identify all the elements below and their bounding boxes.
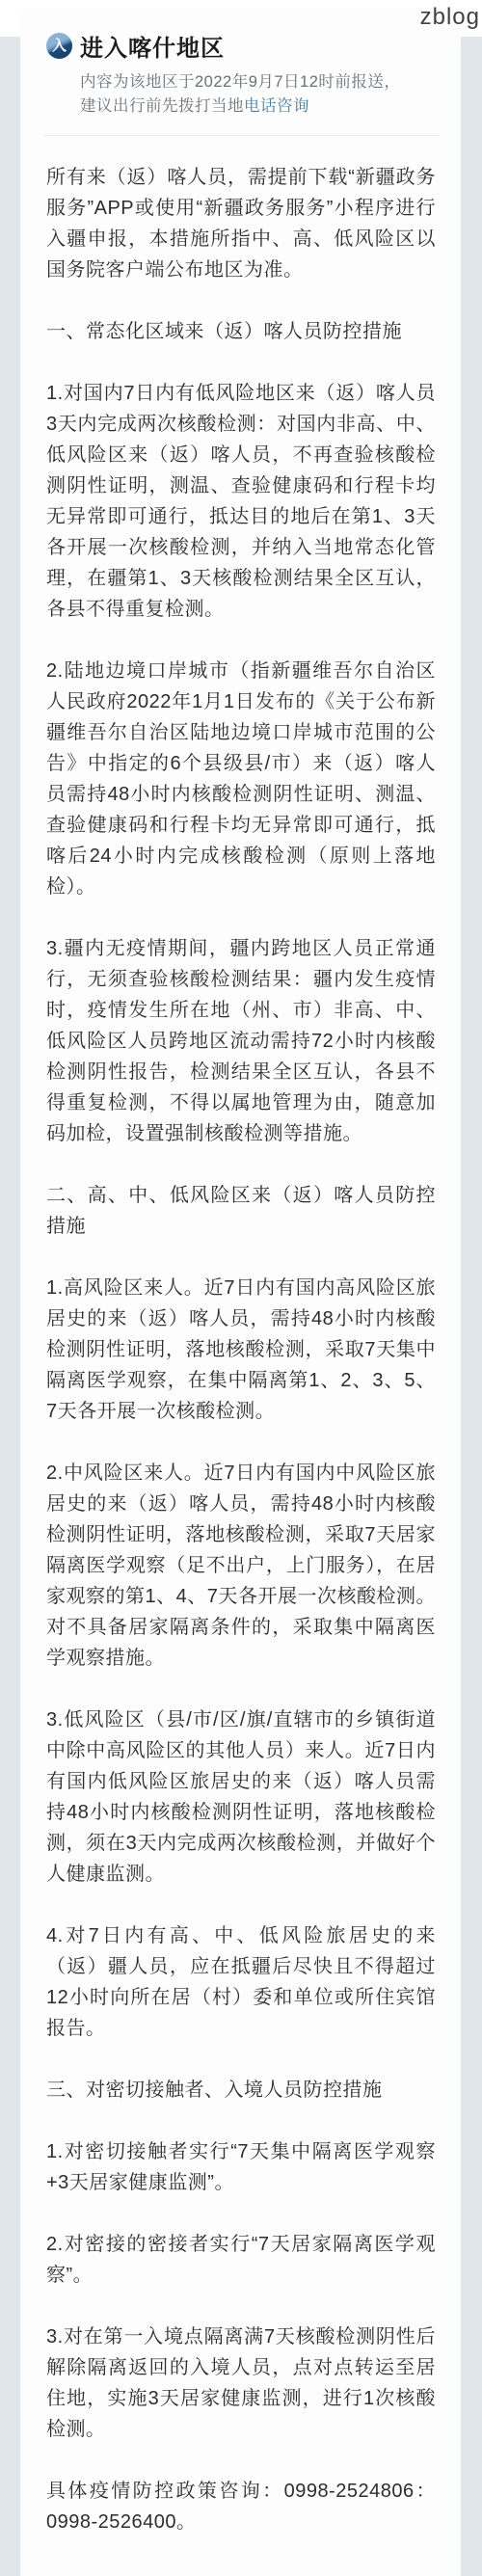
section-1-paragraph-3: 3.疆内无疫情期间，疆内跨地区人员正常通行，无须查验核酸检测结果：疆内发生疫情时… — [46, 933, 436, 1149]
title-row: 入 进入喀什地区 — [46, 29, 436, 63]
zblog-watermark: zblog — [420, 4, 480, 31]
section-2-paragraph-1: 1.高风险区来人。近7日内有国内高风险区旅居史的来（返）喀人员，需持48小时内核… — [46, 1273, 436, 1427]
content-card: 入 进入喀什地区 内容为该地区于2022年9月7日12时前报送，建议出行前先拨打… — [20, 8, 461, 2576]
report-time-subtitle: 内容为该地区于2022年9月7日12时前报送，建议出行前先拨打当地电话咨询 — [80, 70, 403, 119]
section-2-heading: 二、高、中、低风险区来（返）喀人员防控措施 — [46, 1180, 436, 1242]
section-2-paragraph-4: 4.对7日内有高、中、低风险旅居史的来（返）疆人员，应在抵疆后尽快且不得超过12… — [46, 1920, 436, 2044]
consult-phone-footer: 具体疫情防控政策咨询：0998-2524806：0998-2526400。 — [46, 2476, 436, 2537]
page-title: 进入喀什地区 — [80, 29, 225, 63]
phone-consult-link[interactable]: 电话咨询 — [244, 97, 309, 115]
intro-paragraph: 所有来（返）喀人员，需提前下载“新疆政务服务”APP或使用“新疆政务服务”小程序… — [46, 162, 436, 285]
policy-article: 所有来（返）喀人员，需提前下载“新疆政务服务”APP或使用“新疆政务服务”小程序… — [20, 136, 461, 2537]
section-3-paragraph-3: 3.对在第一入境点隔离满7天核酸检测阴性后解除隔离返回的入境人员，点对点转运至居… — [46, 2321, 436, 2445]
enter-region-icon: 入 — [46, 33, 72, 59]
section-1-paragraph-2: 2.陆地边境口岸城市（指新疆维吾尔自治区人民政府2022年1月1日发布的《关于公… — [46, 656, 436, 902]
section-3-paragraph-1: 1.对密切接触者实行“7天集中隔离医学观察+3天居家健康监测”。 — [46, 2136, 436, 2198]
section-1-heading: 一、常态化区域来（返）喀人员防控措施 — [46, 316, 436, 347]
section-2-paragraph-3: 3.低风险区（县/市/区/旗/直辖市的乡镇街道中除中高风险区的其他人员）来人。近… — [46, 1704, 436, 1890]
subtitle-text: 内容为该地区于2022年9月7日12时前报送，建议出行前先拨打当地 — [80, 73, 400, 115]
section-1-paragraph-1: 1.对国内7日内有低风险地区来（返）喀人员3天内完成两次核酸检测：对国内非高、中… — [46, 378, 436, 625]
section-2-paragraph-2: 2.中风险区来人。近7日内有国内中风险区旅居史的来（返）喀人员，需持48小时内核… — [46, 1458, 436, 1674]
section-3-heading: 三、对密切接触者、入境人员防控措施 — [46, 2075, 436, 2106]
section-3-paragraph-2: 2.对密接的密接者实行“7天居家隔离医学观察”。 — [46, 2229, 436, 2291]
page-header: 入 进入喀什地区 内容为该地区于2022年9月7日12时前报送，建议出行前先拨打… — [20, 8, 461, 119]
